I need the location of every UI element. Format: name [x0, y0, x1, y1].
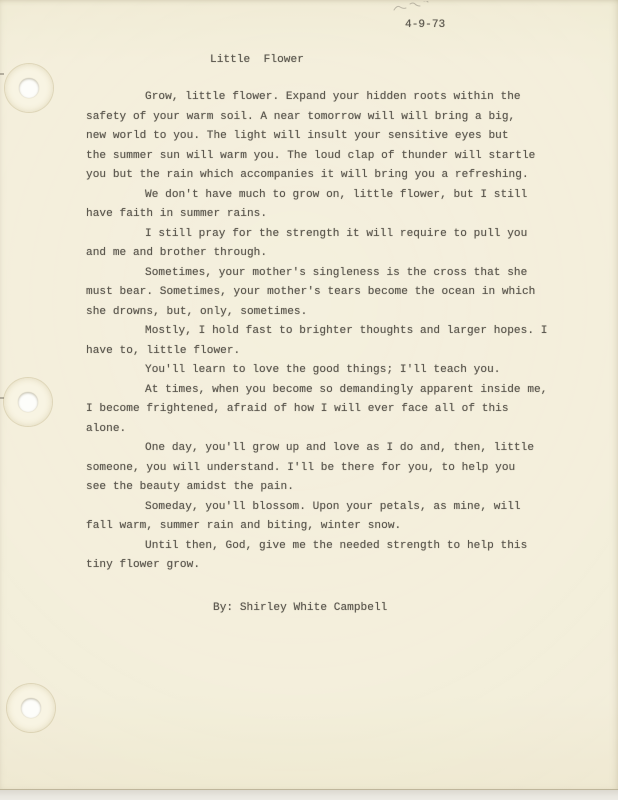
typewritten-line: Sometimes, your mother's singleness is t…: [86, 264, 556, 284]
punch-hole-middle: [18, 392, 38, 412]
hole-punch-reinforcement-middle: [4, 378, 52, 426]
typewritten-line: Until then, God, give me the needed stre…: [86, 537, 556, 557]
pencil-annotation: [392, 1, 456, 15]
document-date: 4-9-73: [405, 19, 445, 31]
typewritten-line: new world to you. The light will insult …: [86, 127, 556, 147]
typewritten-line: the summer sun will warm you. The loud c…: [86, 147, 556, 167]
typewritten-line: At times, when you become so demandingly…: [86, 381, 556, 401]
punch-hole-top: [19, 78, 39, 98]
typewritten-line: have to, little flower.: [86, 342, 556, 362]
typewritten-line: I still pray for the strength it will re…: [86, 225, 556, 245]
typewritten-line: Grow, little flower. Expand your hidden …: [86, 88, 556, 108]
scanned-document: 4-9-73 Little Flower Grow, little flower…: [0, 0, 618, 800]
typewritten-line: safety of your warm soil. A near tomorro…: [86, 108, 556, 128]
scanner-background-strip: [0, 790, 618, 800]
document-page: 4-9-73 Little Flower Grow, little flower…: [0, 0, 618, 790]
typewritten-line: must bear. Sometimes, your mother's tear…: [86, 283, 556, 303]
typewritten-line: someone, you will understand. I'll be th…: [86, 459, 556, 479]
typewritten-line: Mostly, I hold fast to brighter thoughts…: [86, 322, 556, 342]
typewritten-line: One day, you'll grow up and love as I do…: [86, 439, 556, 459]
typewritten-line: you but the rain which accompanies it wi…: [86, 166, 556, 186]
typewritten-line: have faith in summer rains.: [86, 205, 556, 225]
typewritten-line: We don't have much to grow on, little fl…: [86, 186, 556, 206]
hole-punch-reinforcement-top: [5, 64, 53, 112]
typewritten-line: I become frightened, afraid of how I wil…: [86, 400, 556, 420]
typewritten-line: and me and brother through.: [86, 244, 556, 264]
typewritten-line: she drowns, but, only, sometimes.: [86, 303, 556, 323]
left-edge-pencil-tick: [0, 73, 4, 75]
document-body: Grow, little flower. Expand your hidden …: [86, 88, 556, 576]
document-byline: By: Shirley White Campbell: [213, 602, 387, 614]
typewritten-line: tiny flower grow.: [86, 556, 556, 576]
typewritten-line: Someday, you'll blossom. Upon your petal…: [86, 498, 556, 518]
typewritten-line: see the beauty amidst the pain.: [86, 478, 556, 498]
document-title: Little Flower: [210, 54, 304, 66]
hole-punch-reinforcement-bottom: [7, 684, 55, 732]
typewritten-line: fall warm, summer rain and biting, winte…: [86, 517, 556, 537]
left-edge-pencil-tick: [0, 397, 4, 399]
typewritten-line: alone.: [86, 420, 556, 440]
typewritten-line: You'll learn to love the good things; I'…: [86, 361, 556, 381]
punch-hole-bottom: [21, 698, 41, 718]
